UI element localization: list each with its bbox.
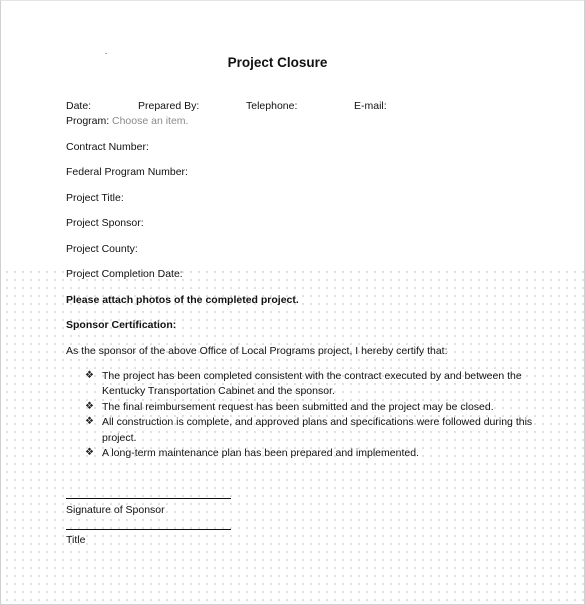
signature-line [66,498,231,499]
diamond-bullet-icon: ❖ [85,401,94,412]
certification-intro: As the sponsor of the above Office of Lo… [66,345,448,358]
telephone-label: Telephone: [246,100,297,113]
dotted-background [1,265,584,604]
diamond-bullet-icon: ❖ [85,416,94,427]
document-page: Project Closure Date: Prepared By: Telep… [0,0,585,605]
program-label: Program: [66,115,109,128]
program-dropdown[interactable]: Choose an item. [112,115,188,128]
page-mark [105,53,107,54]
project-sponsor-label: Project Sponsor: [66,217,144,230]
date-label: Date: [66,100,91,113]
prepared-by-label: Prepared By: [138,100,199,113]
contract-number-label: Contract Number: [66,141,149,154]
certification-heading: Sponsor Certification: [66,319,176,332]
title-label: Title [66,534,85,547]
bullet-4-line-1: A long-term maintenance plan has been pr… [102,447,419,460]
project-title-label: Project Title: [66,192,124,205]
bullet-1-line-2: Kentucky Transportation Cabinet and the … [102,385,335,398]
email-label: E-mail: [354,100,387,113]
bullet-3-line-1: All construction is complete, and approv… [102,416,532,429]
bullet-1-line-1: The project has been completed consisten… [102,370,522,383]
bullet-2-line-1: The final reimbursement request has been… [102,401,494,414]
project-county-label: Project County: [66,243,138,256]
signature-label: Signature of Sponsor [66,504,165,517]
diamond-bullet-icon: ❖ [85,370,94,381]
project-completion-date-label: Project Completion Date: [66,268,183,281]
document-title: Project Closure [1,55,554,70]
attach-photos-note: Please attach photos of the completed pr… [66,294,299,307]
bullet-3-line-2: project. [102,432,136,445]
federal-program-number-label: Federal Program Number: [66,166,188,179]
diamond-bullet-icon: ❖ [85,447,94,458]
title-line [66,529,231,530]
